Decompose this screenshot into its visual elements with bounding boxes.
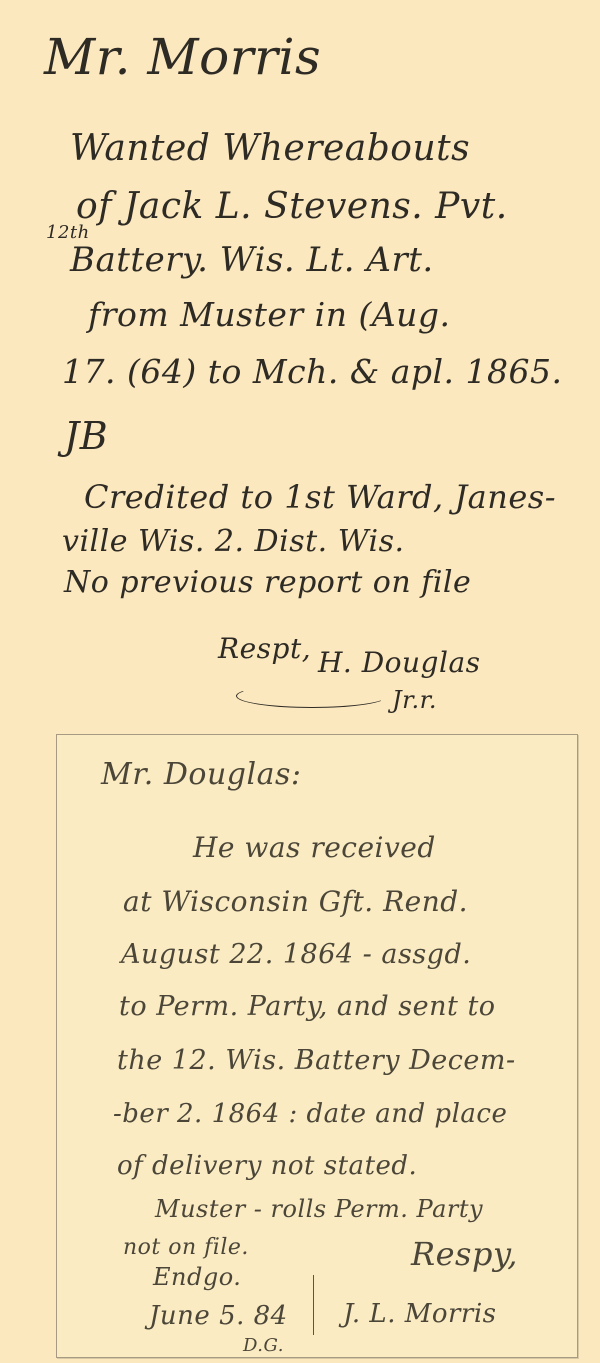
card-line-9: not on file.: [123, 1235, 249, 1260]
document-page: Mr. Morris Wanted Whereabouts of Jack L.…: [0, 0, 600, 1363]
signature-morris: J. L. Morris: [343, 1299, 497, 1329]
reply-card: Mr. Douglas: He was received at Wisconsi…: [56, 734, 578, 1358]
body-line-3: No previous report on file: [64, 565, 471, 600]
card-line-8: Muster - rolls Perm. Party: [155, 1195, 483, 1223]
card-line-2: at Wisconsin Gft. Rend.: [123, 885, 468, 918]
date-bracket: [313, 1275, 314, 1335]
initials-flourish: JB: [64, 414, 108, 458]
endorsement-date: June 5. 84: [149, 1301, 288, 1331]
signature-title: Jr.r.: [392, 686, 437, 714]
card-line-6: -ber 2. 1864 : date and place: [113, 1099, 507, 1129]
body-line-1: Credited to 1st Ward, Janes-: [84, 478, 556, 516]
card-line-1: He was received: [193, 831, 436, 864]
card-closing: Respy,: [411, 1235, 518, 1273]
card-salutation: Mr. Douglas:: [101, 757, 301, 792]
card-line-5: the 12. Wis. Battery Decem-: [117, 1045, 516, 1076]
card-line-4: to Perm. Party, and sent to: [119, 991, 496, 1022]
card-line-3: August 22. 1864 - assgd.: [121, 939, 471, 970]
note-line-5: 17. (64) to Mch. & apl. 1865.: [62, 352, 563, 391]
signature-flourish: [236, 684, 388, 708]
card-line-7: of delivery not stated.: [117, 1151, 417, 1181]
body-line-2: ville Wis. 2. Dist. Wis.: [62, 524, 405, 559]
signature-douglas: H. Douglas: [318, 646, 481, 679]
note-line-2: of Jack L. Stevens. Pvt.: [76, 186, 508, 227]
note-line-3: Battery. Wis. Lt. Art.: [70, 240, 434, 280]
endorsement-note: Endgo.: [153, 1263, 241, 1291]
salutation: Mr. Morris: [44, 28, 321, 86]
closing: Respt,: [218, 632, 311, 665]
endorsement-initials: D.G.: [243, 1335, 284, 1356]
note-line-1: Wanted Whereabouts: [70, 128, 470, 169]
note-line-4: from Muster in (Aug.: [88, 295, 451, 334]
